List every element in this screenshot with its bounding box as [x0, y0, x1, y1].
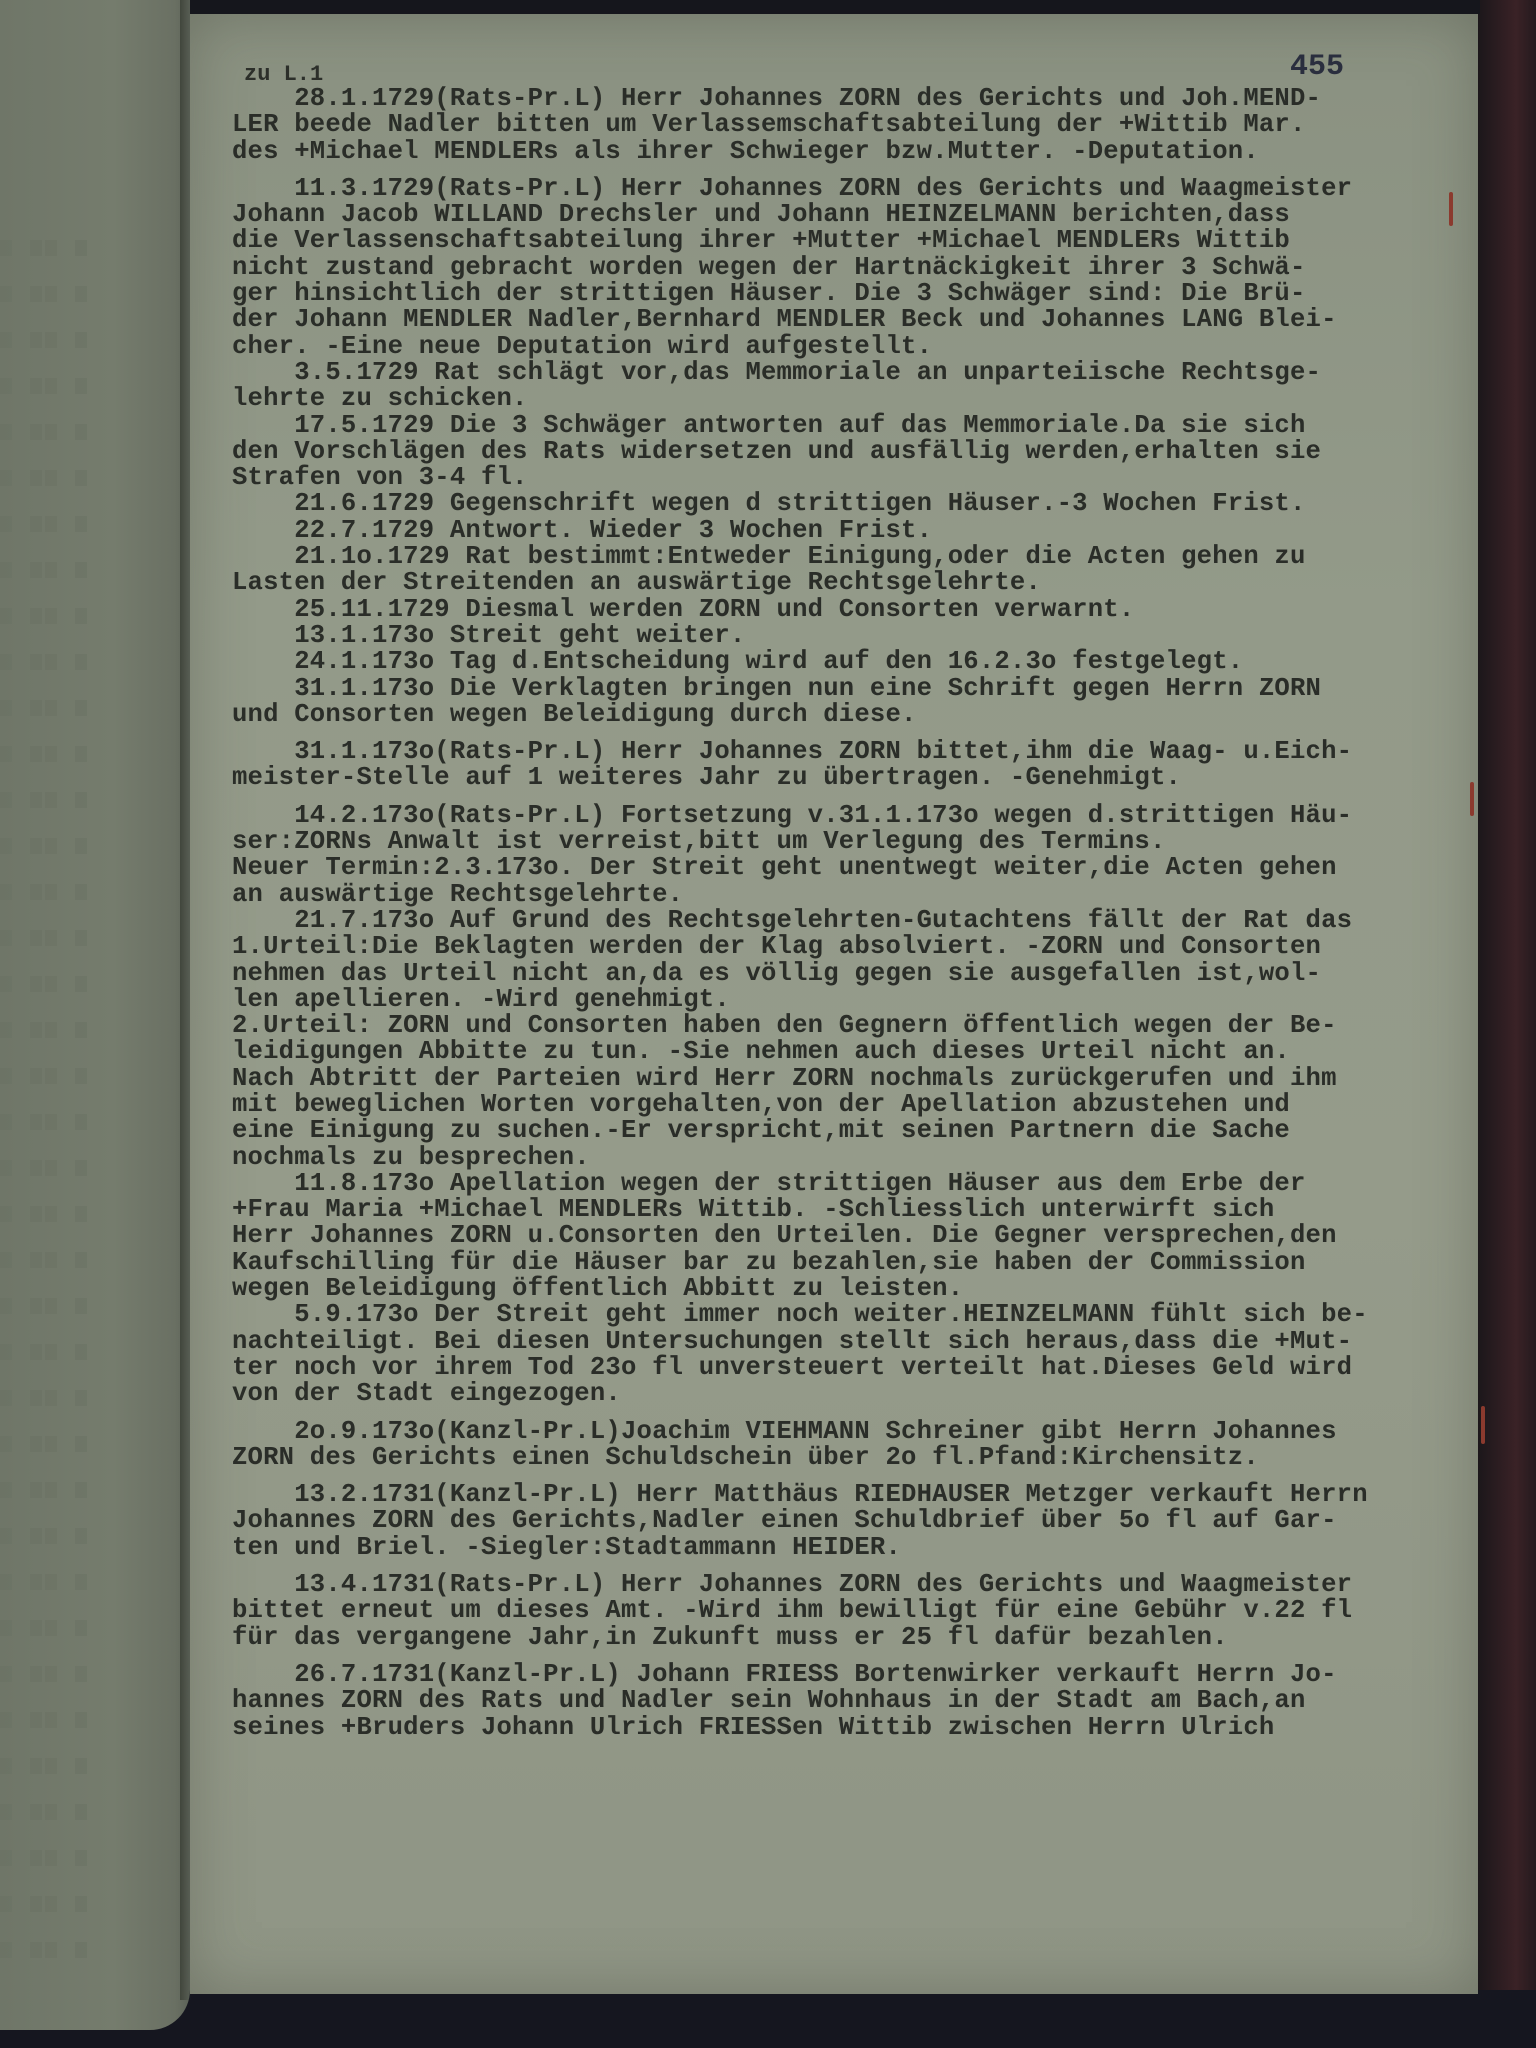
red-margin-mark — [1470, 782, 1474, 816]
entry-26.7.1731: 26.7.1731(Kanzl-Pr.L) Johann FRIESS Bort… — [232, 1662, 1472, 1741]
facing-page-bleed-text: █ ██ █ — [0, 976, 175, 992]
text-line: ger hinsichtlich der strittigen Häuser. … — [232, 281, 1472, 307]
text-line: lehrte zu schicken. — [232, 386, 1472, 412]
text-line: ter noch vor ihrem Tod 23o fl unversteue… — [232, 1355, 1472, 1381]
background-table — [1470, 0, 1536, 2048]
text-line: für das vergangene Jahr,in Zukunft muss … — [232, 1625, 1472, 1651]
text-line: mit beweglichen Worten vorgehalten,von d… — [232, 1092, 1472, 1118]
facing-page-bleed-text: █ ██ █ — [0, 1068, 175, 1084]
facing-page-bleed-text: █ ██ █ — [0, 700, 175, 716]
facing-page-bleed-text: █ ██ █ — [0, 1528, 175, 1544]
facing-page-bleed-text: █ ██ █ — [0, 240, 175, 256]
text-line: 28.1.1729(Rats-Pr.L) Herr Johannes ZORN … — [232, 86, 1472, 112]
text-line: Kaufschilling für die Häuser bar zu beza… — [232, 1250, 1472, 1276]
facing-page-bleed-text: █ ██ █ — [0, 930, 175, 946]
text-line: 13.1.173o Streit geht weiter. — [232, 623, 1472, 649]
facing-page-bleed-text: █ ██ █ — [0, 1620, 175, 1636]
text-line: den Vorschlägen des Rats widersetzen und… — [232, 439, 1472, 465]
facing-page-bleed-text: █ ██ █ — [0, 1344, 175, 1360]
text-line: 21.7.173o Auf Grund des Rechtsgelehrten-… — [232, 908, 1472, 934]
text-line: 26.7.1731(Kanzl-Pr.L) Johann FRIESS Bort… — [232, 1662, 1472, 1688]
facing-page-bleed-text: █ ██ █ — [0, 470, 175, 486]
facing-page-bleed-text: █ ██ █ — [0, 1298, 175, 1314]
facing-page-bleed-text: █ ██ █ — [0, 746, 175, 762]
text-line: 1.Urteil:Die Beklagten werden der Klag a… — [232, 934, 1472, 960]
text-line: 31.1.173o Die Verklagten bringen nun ein… — [232, 676, 1472, 702]
text-line: und Consorten wegen Beleidigung durch di… — [232, 702, 1472, 728]
text-line: 21.1o.1729 Rat bestimmt:Entweder Einigun… — [232, 544, 1472, 570]
facing-page-bleed-text: █ ██ █ — [0, 1114, 175, 1130]
entry-14.2.1730: 14.2.173o(Rats-Pr.L) Fortsetzung v.31.1.… — [232, 803, 1472, 1408]
facing-page-bleed-text: █ ██ █ — [0, 1896, 175, 1912]
text-line: hannes ZORN des Rats und Nadler sein Woh… — [232, 1688, 1472, 1714]
text-line: 13.4.1731(Rats-Pr.L) Herr Johannes ZORN … — [232, 1572, 1472, 1598]
red-margin-mark — [1449, 192, 1453, 226]
facing-page-bleed-text: █ ██ █ — [0, 654, 175, 670]
facing-page-bleed-text: █ ██ █ — [0, 838, 175, 854]
facing-page-bleed-text: █ ██ █ — [0, 1850, 175, 1866]
facing-page-bleed-text: █ ██ █ — [0, 1942, 175, 1958]
facing-page-bleed-text: █ ██ █ — [0, 516, 175, 532]
text-line: 3.5.1729 Rat schlägt vor,das Memmoriale … — [232, 360, 1472, 386]
text-line: 11.3.1729(Rats-Pr.L) Herr Johannes ZORN … — [232, 176, 1472, 202]
text-line: an auswärtige Rechtsgelehrte. — [232, 882, 1472, 908]
facing-page-bleed-text: █ ██ █ — [0, 1574, 175, 1590]
text-line: nicht zustand gebracht worden wegen der … — [232, 255, 1472, 281]
text-line: cher. -Eine neue Deputation wird aufgest… — [232, 334, 1472, 360]
background-bottom — [0, 1990, 1536, 2048]
text-line: Neuer Termin:2.3.173o. Der Streit geht u… — [232, 855, 1472, 881]
text-line: Johannes ZORN des Gerichts,Nadler einen … — [232, 1508, 1472, 1534]
text-line: die Verlassenschaftsabteilung ihrer +Mut… — [232, 228, 1472, 254]
text-line: LER beede Nadler bitten um Verlassemscha… — [232, 112, 1472, 138]
text-line: 5.9.173o Der Streit geht immer noch weit… — [232, 1302, 1472, 1328]
red-margin-mark — [1481, 1406, 1485, 1444]
text-line: leidigungen Abbitte zu tun. -Sie nehmen … — [232, 1039, 1472, 1065]
text-line: len apellieren. -Wird genehmigt. — [232, 987, 1472, 1013]
text-line: wegen Beleidigung öffentlich Abbitt zu l… — [232, 1276, 1472, 1302]
text-line: 2o.9.173o(Kanzl-Pr.L)Joachim VIEHMANN Sc… — [232, 1419, 1472, 1445]
facing-page-bleed-text: █ ██ █ — [0, 1482, 175, 1498]
typewritten-body: 28.1.1729(Rats-Pr.L) Herr Johannes ZORN … — [232, 86, 1472, 1741]
text-line: 11.8.173o Apellation wegen der strittige… — [232, 1171, 1472, 1197]
text-line: +Frau Maria +Michael MENDLERs Wittib. -S… — [232, 1197, 1472, 1223]
text-line: ten und Briel. -Siegler:Stadtammann HEID… — [232, 1535, 1472, 1561]
text-line: 22.7.1729 Antwort. Wieder 3 Wochen Frist… — [232, 518, 1472, 544]
facing-page-bleed-text: █ ██ █ — [0, 1712, 175, 1728]
facing-page-bleed-text: █ ██ █ — [0, 1666, 175, 1682]
text-line: bittet erneut um dieses Amt. -Wird ihm b… — [232, 1598, 1472, 1624]
facing-page-bleed-text: █ ██ █ — [0, 1758, 175, 1774]
facing-left-page: █ ██ ██ ██ ██ ██ ██ ██ ██ ██ ██ ██ ██ ██… — [0, 0, 190, 2030]
facing-page-bleed-text: █ ██ █ — [0, 1252, 175, 1268]
text-line: nochmals zu besprechen. — [232, 1145, 1472, 1171]
facing-page-bleed-text: █ ██ █ — [0, 1436, 175, 1452]
text-line: 13.2.1731(Kanzl-Pr.L) Herr Matthäus RIED… — [232, 1482, 1472, 1508]
text-line: Lasten der Streitenden an auswärtige Rec… — [232, 570, 1472, 596]
text-line: 14.2.173o(Rats-Pr.L) Fortsetzung v.31.1.… — [232, 803, 1472, 829]
text-line: des +Michael MENDLERs als ihrer Schwiege… — [232, 139, 1472, 165]
facing-page-bleed-text: █ ██ █ — [0, 792, 175, 808]
entry-20.9.1730: 2o.9.173o(Kanzl-Pr.L)Joachim VIEHMANN Sc… — [232, 1419, 1472, 1472]
entry-31.1.1730: 31.1.173o(Rats-Pr.L) Herr Johannes ZORN … — [232, 739, 1472, 792]
facing-page-bleed-text: █ ██ █ — [0, 608, 175, 624]
facing-page-bleed-text: █ ██ █ — [0, 286, 175, 302]
text-line: 25.11.1729 Diesmal werden ZORN und Conso… — [232, 597, 1472, 623]
text-line: 21.6.1729 Gegenschrift wegen d strittige… — [232, 491, 1472, 517]
entry-28.1.1729: 28.1.1729(Rats-Pr.L) Herr Johannes ZORN … — [232, 86, 1472, 165]
facing-page-bleed-text: █ ██ █ — [0, 1022, 175, 1038]
facing-page-bleed-text: █ ██ █ — [0, 424, 175, 440]
page-top-edge — [190, 0, 1480, 14]
document-page: zu L.1 455 28.1.1729(Rats-Pr.L) Herr Joh… — [190, 14, 1478, 1994]
text-line: ser:ZORNs Anwalt ist verreist,bitt um Ve… — [232, 829, 1472, 855]
text-line: Strafen von 3-4 fl. — [232, 465, 1472, 491]
facing-page-bleed-text: █ ██ █ — [0, 1390, 175, 1406]
text-line: eine Einigung zu suchen.-Er verspricht,m… — [232, 1118, 1472, 1144]
text-line: seines +Bruders Johann Ulrich FRIESSen W… — [232, 1715, 1472, 1741]
text-line: der Johann MENDLER Nadler,Bernhard MENDL… — [232, 307, 1472, 333]
facing-page-bleed-text: █ ██ █ — [0, 1160, 175, 1176]
text-line: meister-Stelle auf 1 weiteres Jahr zu üb… — [232, 765, 1472, 791]
text-line: 31.1.173o(Rats-Pr.L) Herr Johannes ZORN … — [232, 739, 1472, 765]
text-line: Nach Abtritt der Parteien wird Herr ZORN… — [232, 1066, 1472, 1092]
text-line: nehmen das Urteil nicht an,da es völlig … — [232, 961, 1472, 987]
entry-11.3.1729: 11.3.1729(Rats-Pr.L) Herr Johannes ZORN … — [232, 176, 1472, 728]
facing-page-bleed-text: █ ██ █ — [0, 562, 175, 578]
text-line: ZORN des Gerichts einen Schuldschein übe… — [232, 1445, 1472, 1471]
text-line: nachteiligt. Bei diesen Untersuchungen s… — [232, 1329, 1472, 1355]
facing-page-bleed-text: █ ██ █ — [0, 1206, 175, 1222]
page-number: 455 — [1290, 50, 1344, 84]
text-line: Herr Johannes ZORN u.Consorten den Urtei… — [232, 1223, 1472, 1249]
facing-page-bleed-text: █ ██ █ — [0, 378, 175, 394]
text-line: 24.1.173o Tag d.Entscheidung wird auf de… — [232, 649, 1472, 675]
entry-13.4.1731: 13.4.1731(Rats-Pr.L) Herr Johannes ZORN … — [232, 1572, 1472, 1651]
facing-page-bleed-text: █ ██ █ — [0, 1804, 175, 1820]
text-line: von der Stadt eingezogen. — [232, 1381, 1472, 1407]
facing-page-bleed-text: █ ██ █ — [0, 884, 175, 900]
text-line: 17.5.1729 Die 3 Schwäger antworten auf d… — [232, 413, 1472, 439]
facing-page-bleed-text: █ ██ █ — [0, 332, 175, 348]
entry-13.2.1731: 13.2.1731(Kanzl-Pr.L) Herr Matthäus RIED… — [232, 1482, 1472, 1561]
text-line: Johann Jacob WILLAND Drechsler und Johan… — [232, 202, 1472, 228]
text-line: 2.Urteil: ZORN und Consorten haben den G… — [232, 1013, 1472, 1039]
